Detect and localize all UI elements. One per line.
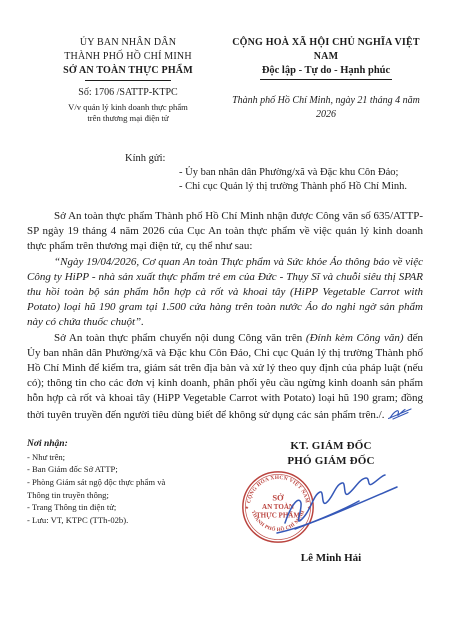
agency-parent-line2: THÀNH PHỐ HỒ CHÍ MINH <box>27 50 229 64</box>
issuing-agency-block: ỦY BAN NHÂN DÂN THÀNH PHỐ HỒ CHÍ MINH SỞ… <box>27 36 229 124</box>
signer-title-kt: KT. GIÁM ĐỐC <box>239 439 423 454</box>
letter-header: ỦY BAN NHÂN DÂN THÀNH PHỐ HỒ CHÍ MINH SỞ… <box>27 36 423 124</box>
national-title: CỘNG HOÀ XÃ HỘI CHỦ NGHĨA VIỆT NAM <box>229 36 423 64</box>
subject-line-1: V/v quản lý kinh doanh thực phẩm <box>27 102 229 113</box>
seal-and-signature-zone: CỘNG HÒA XHCN VIỆT NAM THÀNH PHỐ HỒ CHÍ … <box>239 469 423 551</box>
kinh-gui-label: Kính gửi: <box>125 152 423 166</box>
noi-nhan-item: - Lưu: VT, KTPC (TTh-02b). <box>27 514 239 527</box>
body-paragraph-1: Sở An toàn thực phẩm Thành phố Hồ Chí Mi… <box>27 209 423 255</box>
national-motto-block: CỘNG HOÀ XÃ HỘI CHỦ NGHĨA VIỆT NAM Độc l… <box>229 36 423 124</box>
noi-nhan-block: Nơi nhận: - Như trên; - Ban Giám đốc Sở … <box>27 439 239 564</box>
noi-nhan-item: - Trang Thông tin điện tử; <box>27 501 239 514</box>
noi-nhan-item: - Như trên; <box>27 451 239 464</box>
paraph-initials-icon <box>387 407 413 420</box>
noi-nhan-label: Nơi nhận: <box>27 439 239 449</box>
noi-nhan-item: - Ban Giám đốc Sở ATTP; <box>27 463 239 476</box>
para3-text-a: Sở An toàn thực phẩm chuyển nội dung Côn… <box>54 332 306 344</box>
document-number: Số: 1706 /SATTP-KTPC <box>27 86 229 100</box>
recipient-item: - Ủy ban nhân dân Phường/xã và Đặc khu C… <box>179 166 423 180</box>
para3-attachment-note: (Đính kèm Công văn) <box>306 332 404 344</box>
seal-star-left-icon: ★ <box>245 505 249 510</box>
recipients-block: Kính gửi: - Ủy ban nhân dân Phường/xã và… <box>27 152 423 194</box>
signer-title-deputy: PHÓ GIÁM ĐỐC <box>239 454 423 469</box>
handwritten-signature <box>271 471 401 537</box>
official-letter-page: ỦY BAN NHÂN DÂN THÀNH PHỐ HỒ CHÍ MINH SỞ… <box>0 0 450 636</box>
body-paragraph-quote: “Ngày 19/04/2026, Cơ quan An toàn Thực p… <box>27 255 423 331</box>
noi-nhan-item: Thông tin truyền thông; <box>27 489 239 502</box>
signature-block: KT. GIÁM ĐỐC PHÓ GIÁM ĐỐC CỘNG HÒA XHCN … <box>239 439 423 564</box>
recipient-item: - Chi cục Quản lý thị trường Thành phố H… <box>179 180 423 194</box>
place-date-line: Thành phố Hồ Chí Minh, ngày 21 tháng 4 n… <box>229 94 423 122</box>
agency-underline <box>85 80 171 81</box>
national-motto: Độc lập - Tự do - Hạnh phúc <box>260 64 392 80</box>
signer-name: Lê Minh Hải <box>239 552 423 564</box>
subject-line-2: trên thương mại điện tử <box>27 113 229 124</box>
agency-name: SỞ AN TOÀN THỰC PHẨM <box>27 64 229 78</box>
letter-body: Sở An toàn thực phẩm Thành phố Hồ Chí Mi… <box>27 209 423 423</box>
letter-footer: Nơi nhận: - Như trên; - Ban Giám đốc Sở … <box>27 439 423 564</box>
noi-nhan-item: - Phòng Giám sát ngộ độc thực phẩm và <box>27 476 239 489</box>
body-paragraph-3: Sở An toàn thực phẩm chuyển nội dung Côn… <box>27 331 423 423</box>
para3-text-b: đến Ủy ban nhân dân Phường/xã và Đặc khu… <box>27 332 423 421</box>
agency-parent-line1: ỦY BAN NHÂN DÂN <box>27 36 229 50</box>
